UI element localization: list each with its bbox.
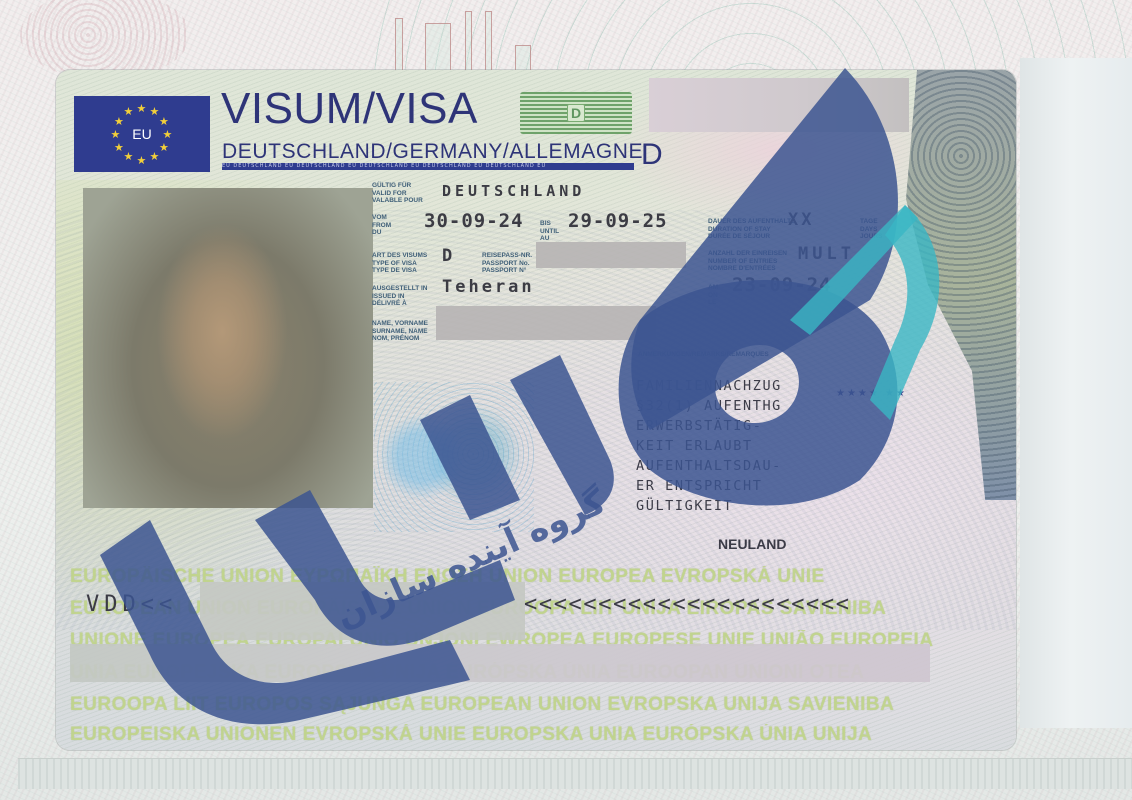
stamp-name: NEULAND [718,536,786,552]
mrz-line-1-end: <<<<<<<<<<<<<<<<<<<<<< [524,592,851,617]
eu-star-icon: ★ [124,106,134,117]
label-entries: ANZAHL DER EINREISEN NUMBER OF ENTRIES N… [708,250,787,273]
label-valid-for: GÜLTIG FÜR VALID FOR VALABLE POUR [372,182,423,205]
eu-star-ring: EU ★★★★★★★★★★★★ [110,102,174,166]
hologram [374,382,534,532]
building-illustration [385,10,545,75]
value-until: 29-09-25 [568,210,668,232]
value-valid-for: DEUTSCHLAND [442,182,585,200]
eu-strip: EUROPEISKA UNIONEN EVROPSKÁ UNIE EUROPSK… [70,724,1000,746]
microtext-band: EU DEUTSCHLAND EU DEUTSCHLAND EU DEUTSCH… [222,163,634,170]
eu-star-icon: ★ [114,116,124,127]
page-bottom-edge [18,758,1132,789]
value-issued-in: Teheran [442,277,535,297]
redacted-name [436,306,656,340]
eu-star-icon: ★ [150,151,160,162]
holder-photo-blurred [83,188,373,508]
eu-label: EU [132,126,151,142]
value-duration: XX [788,210,814,230]
emblem-letter: D [567,104,585,122]
eu-star-icon: ★ [159,142,169,153]
country-code: D [641,138,663,172]
label-from: VOM FROM DU [372,214,391,237]
label-type-of-visa: ART DES VISUMS TYPE OF VISA TYPE DE VISA [372,252,427,275]
redacted-mrz-2 [70,644,930,682]
value-from: 30-09-24 [424,210,524,232]
value-type-of-visa: D [442,246,452,266]
mrz-line-1-start: VDD<< [86,592,177,617]
remarks-label: ANMERKUNGEN/REMARKS/REMARQUES [638,351,769,358]
eu-star-icon: ★ [124,151,134,162]
visa-sticker: EU ★★★★★★★★★★★★ VISUM/VISA DEUTSCHLAND/G… [56,70,1016,750]
label-days-unit: TAGE DAYS JOURS [860,218,882,241]
label-duration: DAUER DES AUFENTHALTS DURATION OF STAY D… [708,218,795,241]
label-passport-no: REISEPASS-NR. PASSPORT No. PASSPORT N° [482,252,532,275]
label-name: NAME, VORNAME SURNAME, NAME NOM, PRÉNOM [372,320,428,343]
stars-decoration: ★★★★ ★★ [836,388,907,399]
label-issued-in: AUSGESTELLT IN ISSUED IN DÉLIVRÉ À [372,285,428,308]
eu-star-icon: ★ [137,103,147,114]
eu-star-icon: ★ [159,116,169,127]
eu-star-icon: ★ [111,129,121,140]
value-entries: MULT [798,244,855,264]
eu-star-icon: ★ [163,129,173,140]
eu-star-icon: ★ [150,106,160,117]
redacted-number [649,78,909,132]
d-emblem: D [520,92,632,134]
value-issued-on: 23-09-24 [732,274,832,296]
remarks-text: FAMILIENNACHZUG §32(1) AUFENTHG ERWERBST… [636,376,782,516]
eu-flag: EU ★★★★★★★★★★★★ [74,96,210,172]
visa-title: VISUM/VISA [221,84,478,134]
visa-subtitle: DEUTSCHLAND/GERMANY/ALLEMAGNE [222,140,643,164]
rosette-pattern [20,0,190,80]
eu-star-icon: ★ [114,142,124,153]
eu-strip: EUROOPA LIIT EUROPOS SĄJUNGA EUROPEAN UN… [70,694,1000,716]
eu-star-icon: ★ [137,155,147,166]
label-until: BIS UNTIL AU [540,220,559,243]
scan-margin [1020,58,1132,728]
redacted-passport-no [536,242,686,268]
label-issued-on: AM ON LE [708,284,718,307]
